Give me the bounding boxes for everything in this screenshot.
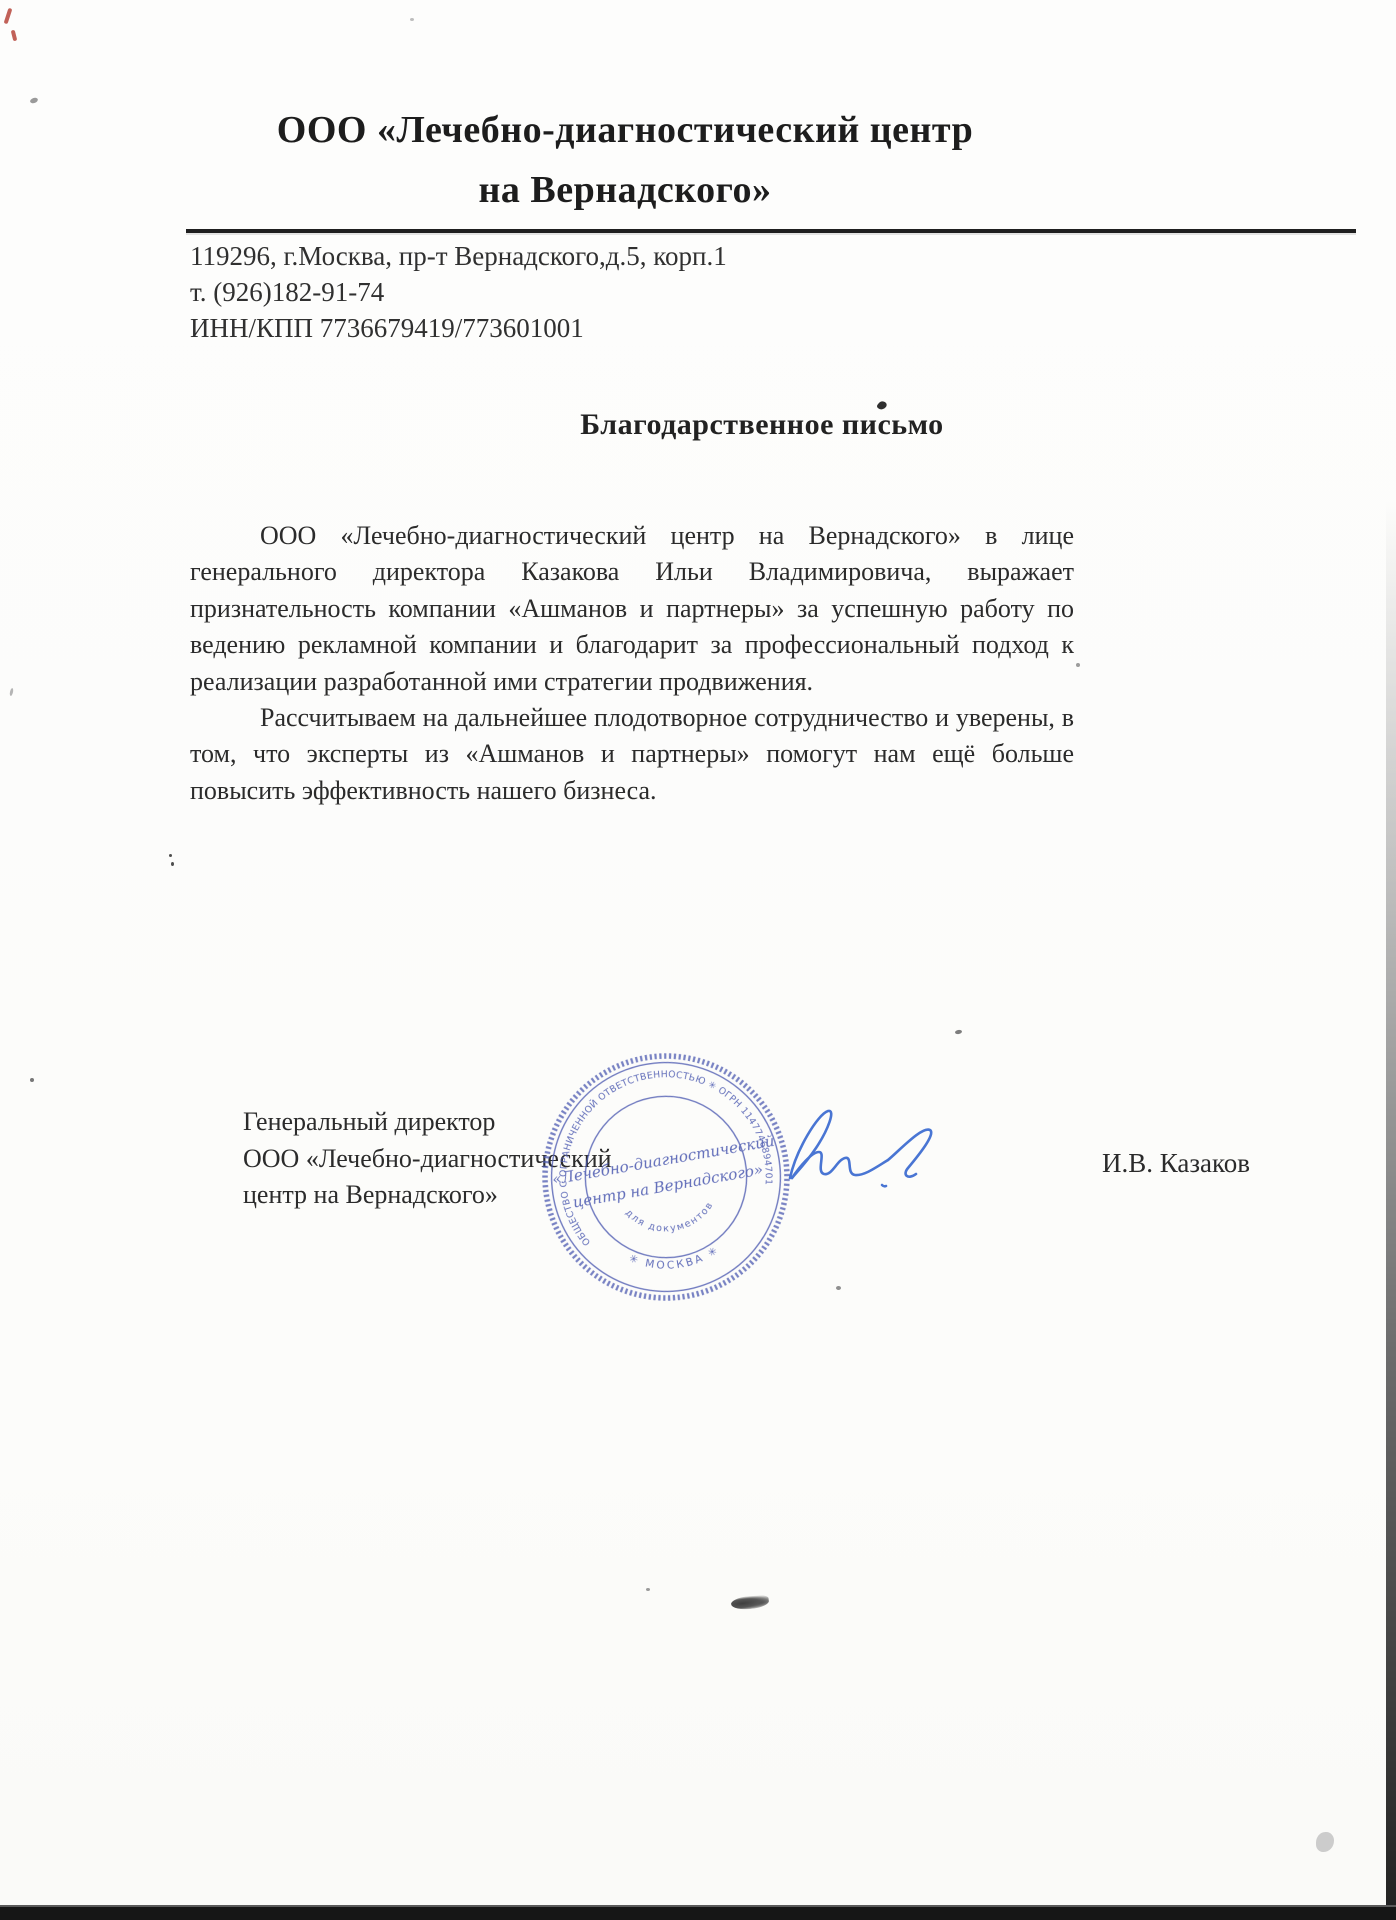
letter-paragraph-1: ООО «Лечебно-диагностический центр на Ве… [190, 518, 1074, 700]
scan-red-mark [11, 30, 18, 42]
stamp-note-text: для документов [622, 1199, 718, 1240]
scan-speck [410, 18, 414, 21]
scan-speck [955, 1029, 963, 1034]
stamp-city-text: ✳ МОСКВА ✳ [626, 1243, 723, 1276]
scan-edge-bottom [0, 1905, 1396, 1920]
scanned-letter-page: ООО «Лечебно-диагностический центр на Ве… [0, 0, 1396, 1920]
scan-speck [30, 1078, 34, 1082]
org-title-line2: на Вернадского» [0, 160, 1250, 220]
scan-speck [169, 854, 172, 857]
org-title-line1: ООО «Лечебно-диагностический центр [0, 100, 1250, 160]
letter-body: ООО «Лечебно-диагностический центр на Ве… [190, 518, 1074, 809]
scan-speck [1316, 1832, 1334, 1852]
scan-smudge [730, 1594, 769, 1612]
handwritten-signature [770, 1090, 950, 1210]
scan-speck [836, 1286, 841, 1290]
scan-edge-right [1386, 500, 1396, 1907]
scan-speck [9, 688, 14, 696]
scan-red-mark [4, 8, 13, 24]
letter-paragraph-2: Рассчитываем на дальнейшее плодотворное … [190, 700, 1074, 809]
header-rule [186, 229, 1356, 233]
signer-name: И.В. Казаков [1102, 1148, 1250, 1179]
org-inn-kpp: ИНН/КПП 7736679419/773601001 [190, 310, 727, 346]
org-contacts: 119296, г.Москва, пр-т Вернадского,д.5, … [190, 238, 727, 346]
letter-title: Благодарственное письмо [562, 408, 962, 442]
scan-speck [646, 1588, 650, 1591]
org-title: ООО «Лечебно-диагностический центр на Ве… [0, 100, 1250, 220]
org-address: 119296, г.Москва, пр-т Вернадского,д.5, … [190, 238, 727, 274]
company-stamp: ОБЩЕСТВО С ОГРАНИЧЕННОЙ ОТВЕТСТВЕННОСТЬЮ… [529, 1040, 804, 1315]
scan-speck [171, 862, 174, 866]
scan-speck [1076, 663, 1080, 667]
org-phone: т. (926)182-91-74 [190, 274, 727, 310]
